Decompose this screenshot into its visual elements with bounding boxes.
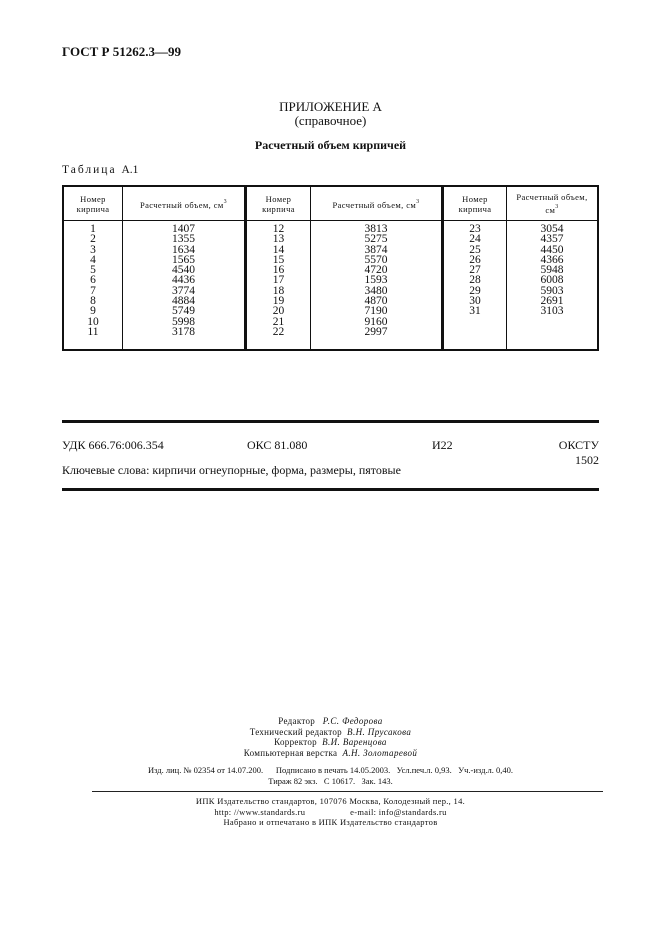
header-volume: Расчетный объем, см3 [311,186,443,221]
publisher-website[interactable]: http: //www.standards.ru [214,807,305,817]
publisher-email[interactable]: e-mail: info@standards.ru [350,807,447,817]
imprint-line1: Изд. лиц. № 02354 от 14.07.200. Подписан… [0,765,661,776]
okstu-code: ОКСТУ 1502 [532,438,599,468]
appendix-subtitle: (справочное) [0,114,661,128]
credit-layout: Компьютерная верстка А.Н. Золотаревой [0,748,661,759]
appendix-title: ПРИЛОЖЕНИЕ А [0,100,661,114]
brick-volume-table: Номеркирпича Расчетный объем, см3 Номерк… [62,185,599,351]
brick-volumes-col3: 3054 4357 4450 4366 5948 6008 5903 2691 … [507,221,599,351]
credit-proofreader: Корректор В.И. Варенцова [0,737,661,748]
brick-volumes-col2: 3813 5275 3874 5570 4720 1593 3480 4870 … [311,221,443,351]
table-row: 1 2 3 4 5 6 7 8 9 10 11 1407 1355 1634 1… [63,221,598,351]
table-label-word: Таблица [62,164,117,176]
header-number: Номеркирпича [246,186,311,221]
publisher-info: ИПК Издательство стандартов, 107076 Моск… [0,796,661,828]
brick-numbers-col1: 1 2 3 4 5 6 7 8 9 10 11 [63,221,123,351]
brick-numbers-col3: 23 24 25 26 27 28 29 30 31 [443,221,507,351]
table-label: Таблица А.1 [62,164,138,176]
header-volume: Расчетный объем, см3 [123,186,246,221]
appendix-heading: ПРИЛОЖЕНИЕ А (справочное) [0,100,661,128]
group-code: И22 [432,438,532,468]
keywords: Ключевые слова: кирпичи огнеупорные, фор… [62,463,401,478]
header-number: Номеркирпича [443,186,507,221]
brick-numbers-col2: 12 13 14 15 16 17 18 19 20 21 22 [246,221,311,351]
table-label-number: А.1 [121,164,138,176]
credits: Редактор Р.С. Федорова Технический редак… [0,716,661,758]
credit-editor: Редактор Р.С. Федорова [0,716,661,727]
table-header-row: Номеркирпича Расчетный объем, см3 Номерк… [63,186,598,221]
imprint-line2: Тираж 82 экз. С 10617. Зак. 143. [0,776,661,787]
header-number: Номеркирпича [63,186,123,221]
credit-tech-editor: Технический редактор В.Н. Прусакова [0,727,661,738]
imprint-divider [92,791,603,792]
divider-top [62,420,599,423]
publisher-printed: Набрано и отпечатано в ИПК Издательство … [0,817,661,828]
imprint: Изд. лиц. № 02354 от 14.07.200. Подписан… [0,765,661,787]
header-volume: Расчетный объем, см3 [507,186,599,221]
publisher-address: ИПК Издательство стандартов, 107076 Моск… [0,796,661,807]
brick-volumes-col1: 1407 1355 1634 1565 4540 4436 3774 4884 … [123,221,246,351]
table-title: Расчетный объем кирпичей [0,138,661,153]
publisher-contacts: http: //www.standards.ru e-mail: info@st… [0,807,661,818]
divider-bottom [62,488,599,491]
document-id: ГОСТ Р 51262.3—99 [62,44,181,60]
